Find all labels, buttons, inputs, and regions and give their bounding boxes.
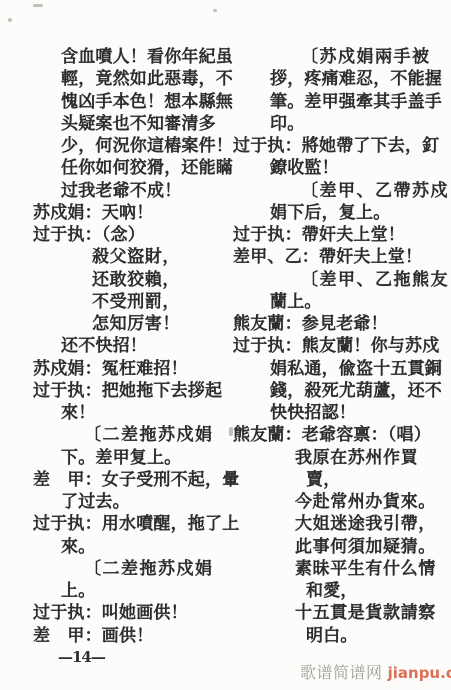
- text-line: 娟私通，偸盗十五貫銅: [270, 358, 442, 380]
- text-line: 蘭上。: [270, 291, 322, 313]
- text-line: 我原在苏州作買: [295, 447, 418, 469]
- watermark: 歌谱简谱网 jianpu.cn: [300, 660, 451, 683]
- scan-noise-speck: [8, 18, 12, 22]
- scan-noise-speck: [33, 4, 43, 7]
- text-line: 快快招認！: [270, 402, 356, 424]
- text-line: 素昧平生有什么情: [295, 558, 436, 580]
- text-line: 錢，殺死尤葫蘆，还不: [270, 380, 442, 402]
- text-line: 〔差甲、乙拖熊友: [301, 269, 449, 291]
- text-line: 熊友蘭：参見老爺！: [233, 313, 388, 335]
- text-line: 鐐收監！: [270, 157, 339, 179]
- text-line: 〔苏戍娟兩手被: [301, 46, 431, 68]
- text-line: 十五貫是貨款請察: [295, 602, 436, 624]
- text-line: 过于执：將她帶了下去，釘: [233, 135, 439, 157]
- scanned-script-page: 含血噴人！看你年紀虽輕，竟然如此惡毒，不愧凶手本色！想本縣無头疑案也不知審清多少…: [0, 0, 451, 690]
- text-line: 筆。差甲强牽其手盖手: [270, 91, 442, 113]
- text-line: 此事何須加疑猜。: [295, 536, 436, 558]
- text-line: 过于执：熊友蘭！你与苏戍: [233, 335, 439, 357]
- text-line: 印。: [270, 113, 304, 135]
- right-column: 〔苏戍娟兩手被拶，疼痛难忍，不能握筆。差甲强牽其手盖手印。过于执：將她帶了下去，…: [0, 0, 451, 690]
- text-line: 拶，疼痛难忍，不能握: [270, 68, 442, 90]
- text-line: 明白。: [306, 625, 358, 647]
- watermark-site-name: 歌谱简谱网: [300, 663, 383, 682]
- text-line: 差甲、乙：帶奸夫上堂！: [233, 246, 422, 268]
- text-line: 今赴常州办貨來。: [295, 491, 436, 513]
- text-line: 和愛，: [306, 580, 358, 602]
- scan-noise-speck: [229, 427, 233, 436]
- scan-noise-speck: [213, 9, 217, 12]
- text-line: 娟下后，复上。: [270, 202, 390, 224]
- text-line: 过于执：帶奸夫上堂！: [233, 224, 405, 246]
- text-line: 〔差甲、乙帶苏戍: [301, 180, 449, 202]
- text-line: 大姐迷途我引帶，: [295, 513, 436, 535]
- page-number: —14—: [58, 648, 105, 666]
- text-line: 賣，: [306, 469, 340, 491]
- scan-noise-speck: [222, 160, 227, 163]
- text-line: 熊友蘭：老爺容禀：（唱）: [233, 424, 431, 446]
- watermark-site-url: jianpu.cn: [388, 664, 451, 682]
